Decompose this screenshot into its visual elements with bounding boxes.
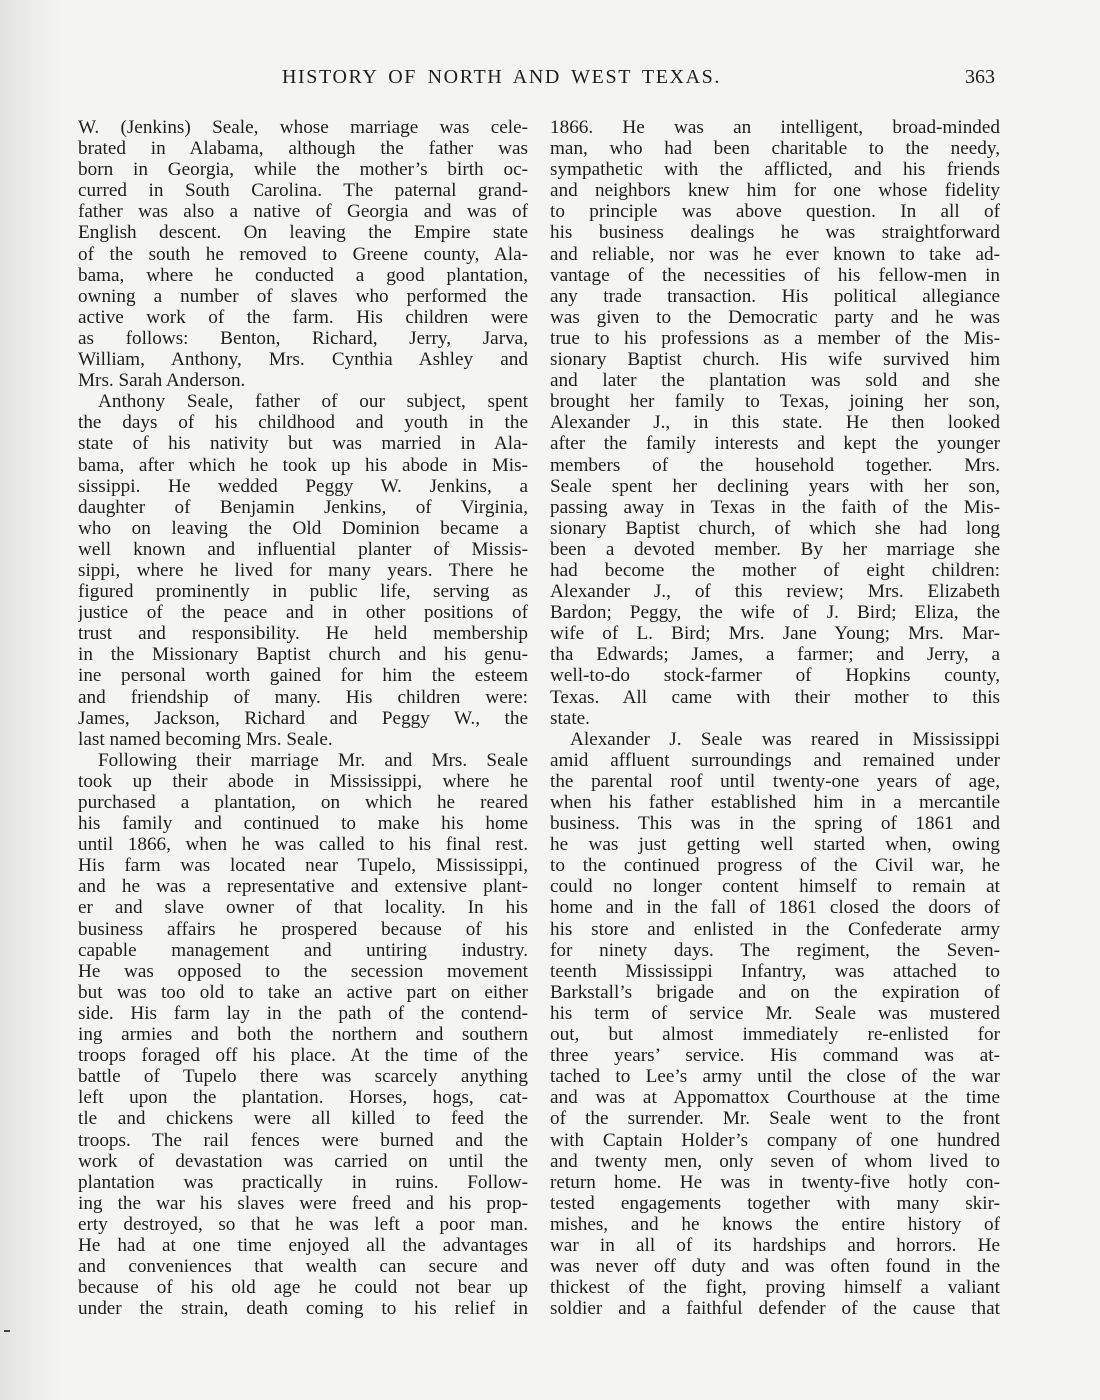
text-line: sippi, where he lived for many years. Th… — [78, 560, 528, 581]
text-line: Texas. All came with their mother to thi… — [550, 687, 1000, 708]
text-line: his business dealings he was straightfor… — [550, 222, 1000, 243]
text-line: until 1866, when he was called to his fi… — [78, 834, 528, 855]
text-line: after the family interests and kept the … — [550, 433, 1000, 454]
text-line: for ninety days. The regiment, the Seven… — [550, 940, 1000, 961]
text-line: sympathetic with the afflicted, and his … — [550, 159, 1000, 180]
text-line: true to his professions as a member of t… — [550, 328, 1000, 349]
text-line: He had at one time enjoyed all the advan… — [78, 1235, 528, 1256]
scan-mark — [4, 1330, 10, 1332]
text-line: ing armies and both the northern and sou… — [78, 1024, 528, 1045]
text-line: side. His farm lay in the path of the co… — [78, 1003, 528, 1024]
text-line: well-to-do stock-farmer of Hopkins count… — [550, 665, 1000, 686]
text-line: as follows: Benton, Richard, Jerry, Jarv… — [78, 328, 528, 349]
text-line: Bardon; Peggy, the wife of J. Bird; Eliz… — [550, 602, 1000, 623]
text-line: and he was a representative and extensiv… — [78, 876, 528, 897]
text-line: his family and continued to make his hom… — [78, 813, 528, 834]
text-line: daughter of Benjamin Jenkins, of Virgini… — [78, 497, 528, 518]
text-line: 1866. He was an intelligent, broad-minde… — [550, 117, 1000, 138]
right-column: 1866. He was an intelligent, broad-minde… — [550, 117, 1000, 1319]
text-line: was given to the Democratic party and he… — [550, 307, 1000, 328]
text-line: sissippi. He wedded Peggy W. Jenkins, a — [78, 476, 528, 497]
text-line: his term of service Mr. Seale was muster… — [550, 1003, 1000, 1024]
text-line: His farm was located near Tupelo, Missis… — [78, 855, 528, 876]
text-line: because of his old age he could not bear… — [78, 1277, 528, 1298]
text-line: tached to Lee’s army until the close of … — [550, 1066, 1000, 1087]
text-line: father was also a native of Georgia and … — [78, 201, 528, 222]
text-line: and friendship of many. His children wer… — [78, 687, 528, 708]
text-line: who on leaving the Old Dominion became a — [78, 518, 528, 539]
text-line: but was too old to take an active part o… — [78, 982, 528, 1003]
text-line: and reliable, nor was he ever known to t… — [550, 244, 1000, 265]
text-line: English descent. On leaving the Empire s… — [78, 222, 528, 243]
text-line: passing away in Texas in the faith of th… — [550, 497, 1000, 518]
text-line: vantage of the necessities of his fellow… — [550, 265, 1000, 286]
text-line: Alexander J., of this review; Mrs. Eliza… — [550, 581, 1000, 602]
page-number: 363 — [965, 66, 995, 89]
text-line: had become the mother of eight children: — [550, 560, 1000, 581]
text-line: when his father established him in a mer… — [550, 792, 1000, 813]
text-line: state of his nativity but was married in… — [78, 433, 528, 454]
text-line: return home. He was in twenty-five hotly… — [550, 1172, 1000, 1193]
text-line: sionary Baptist church. His wife survive… — [550, 349, 1000, 370]
text-line: ing the war his slaves were freed and hi… — [78, 1193, 528, 1214]
text-line: Barkstall’s brigade and on the expiratio… — [550, 982, 1000, 1003]
text-line: with Captain Holder’s company of one hun… — [550, 1130, 1000, 1151]
text-line: born in Georgia, while the mother’s birt… — [78, 159, 528, 180]
text-line: and conveniences that wealth can secure … — [78, 1256, 528, 1277]
text-line: in the Missionary Baptist church and his… — [78, 644, 528, 665]
text-line: the parental roof until twenty-one years… — [550, 771, 1000, 792]
text-line: and neighbors knew him for one whose fid… — [550, 180, 1000, 201]
text-line: could no longer content himself to remai… — [550, 876, 1000, 897]
text-line: tha Edwards; James, a farmer; and Jerry,… — [550, 644, 1000, 665]
text-line: to the continued progress of the Civil w… — [550, 855, 1000, 876]
text-line: any trade transaction. His political all… — [550, 286, 1000, 307]
text-line: wife of L. Bird; Mrs. Jane Young; Mrs. M… — [550, 623, 1000, 644]
text-line: er and slave owner of that locality. In … — [78, 897, 528, 918]
text-line: well known and influential planter of Mi… — [78, 539, 528, 560]
left-column: W. (Jenkins) Seale, whose marriage was c… — [78, 117, 528, 1319]
text-line: Mrs. Sarah Anderson. — [78, 370, 528, 391]
text-line: soldier and a faithful defender of the c… — [550, 1298, 1000, 1319]
text-line: members of the household together. Mrs. — [550, 455, 1000, 476]
text-line: capable management and untiring industry… — [78, 940, 528, 961]
text-line: he was just getting well started when, o… — [550, 834, 1000, 855]
text-line: was never off duty and was often found i… — [550, 1256, 1000, 1277]
text-line: bama, where he conducted a good plantati… — [78, 265, 528, 286]
text-line: and twenty men, only seven of whom lived… — [550, 1151, 1000, 1172]
text-line: active work of the farm. His children we… — [78, 307, 528, 328]
text-line: state. — [550, 708, 1000, 729]
text-line: sionary Baptist church, of which she had… — [550, 518, 1000, 539]
text-line: erty destroyed, so that he was left a po… — [78, 1214, 528, 1235]
text-line: took up their abode in Mississippi, wher… — [78, 771, 528, 792]
text-line: He was opposed to the secession movement — [78, 961, 528, 982]
text-line: plantation was practically in ruins. Fol… — [78, 1172, 528, 1193]
text-line: man, who had been charitable to the need… — [550, 138, 1000, 159]
text-line: work of devastation was carried on until… — [78, 1151, 528, 1172]
text-line: of the surrender. Mr. Seale went to the … — [550, 1108, 1000, 1129]
text-line: business. This was in the spring of 1861… — [550, 813, 1000, 834]
text-line: under the strain, death coming to his re… — [78, 1298, 528, 1319]
text-line: three years’ service. His command was at… — [550, 1045, 1000, 1066]
text-line: business affairs he prospered because of… — [78, 919, 528, 940]
text-line: and was at Appomattox Courthouse at the … — [550, 1087, 1000, 1108]
text-line: out, but almost immediately re-enlisted … — [550, 1024, 1000, 1045]
text-line: of the south he removed to Greene county… — [78, 244, 528, 265]
text-line: amid affluent surroundings and remained … — [550, 750, 1000, 771]
text-line: Seale spent her declining years with her… — [550, 476, 1000, 497]
text-line: mishes, and he knows the entire history … — [550, 1214, 1000, 1235]
text-line: bama, after which he took up his abode i… — [78, 455, 528, 476]
text-line: figured prominently in public life, serv… — [78, 581, 528, 602]
text-line: brated in Alabama, although the father w… — [78, 138, 528, 159]
text-line: purchased a plantation, on which he rear… — [78, 792, 528, 813]
text-line: trust and responsibility. He held member… — [78, 623, 528, 644]
running-title: HISTORY OF NORTH AND WEST TEXAS. — [282, 66, 721, 89]
text-line: justice of the peace and in other positi… — [78, 602, 528, 623]
text-line: home and in the fall of 1861 closed the … — [550, 897, 1000, 918]
text-line: thickest of the fight, proving himself a… — [550, 1277, 1000, 1298]
text-line: troops foraged off his place. At the tim… — [78, 1045, 528, 1066]
text-line: W. (Jenkins) Seale, whose marriage was c… — [78, 117, 528, 138]
paragraph-start-line: Anthony Seale, father of our subject, sp… — [78, 391, 528, 412]
text-line: curred in South Carolina. The paternal g… — [78, 180, 528, 201]
text-line: been a devoted member. By her marriage s… — [550, 539, 1000, 560]
text-line: tested engagements together with many sk… — [550, 1193, 1000, 1214]
text-line: William, Anthony, Mrs. Cynthia Ashley an… — [78, 349, 528, 370]
text-line: James, Jackson, Richard and Peggy W., th… — [78, 708, 528, 729]
text-line: teenth Mississippi Infantry, was attache… — [550, 961, 1000, 982]
text-line: ine personal worth gained for him the es… — [78, 665, 528, 686]
text-line: last named becoming Mrs. Seale. — [78, 729, 528, 750]
page-gutter-shadow — [0, 0, 60, 1400]
text-line: his store and enlisted in the Confederat… — [550, 919, 1000, 940]
text-line: and later the plantation was sold and sh… — [550, 370, 1000, 391]
text-line: left upon the plantation. Horses, hogs, … — [78, 1087, 528, 1108]
paragraph-start-line: Following their marriage Mr. and Mrs. Se… — [78, 750, 528, 771]
text-line: tle and chickens were all killed to feed… — [78, 1108, 528, 1129]
text-line: to principle was above question. In all … — [550, 201, 1000, 222]
text-line: troops. The rail fences were burned and … — [78, 1130, 528, 1151]
text-line: owning a number of slaves who performed … — [78, 286, 528, 307]
paragraph-start-line: Alexander J. Seale was reared in Mississ… — [550, 729, 1000, 750]
text-line: Alexander J., in this state. He then loo… — [550, 412, 1000, 433]
text-line: battle of Tupelo there was scarcely anyt… — [78, 1066, 528, 1087]
text-line: war in all of its hardships and horrors.… — [550, 1235, 1000, 1256]
text-line: brought her family to Texas, joining her… — [550, 391, 1000, 412]
text-line: the days of his childhood and youth in t… — [78, 412, 528, 433]
